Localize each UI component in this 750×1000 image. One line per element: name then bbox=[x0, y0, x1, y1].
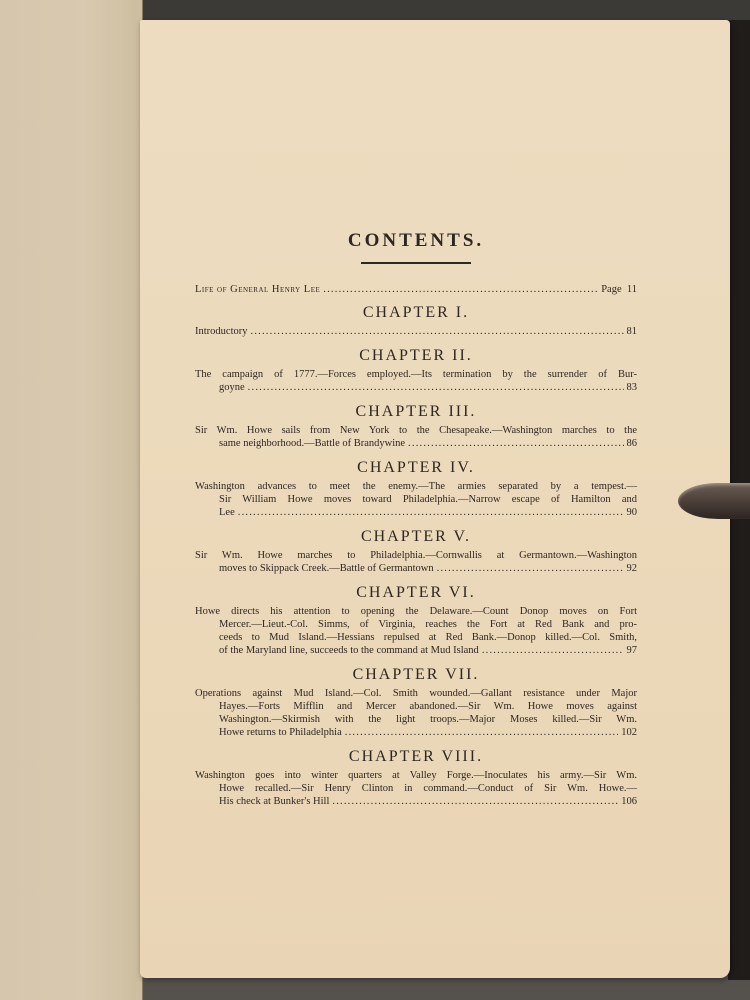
chapter-entry: CHAPTER II. The campaign of 1777.—Forces… bbox=[195, 347, 637, 394]
chapter-heading: CHAPTER I. bbox=[195, 304, 637, 322]
summary-last-line: Lee 90 bbox=[195, 506, 637, 519]
summary-text: His check at Bunker's Hill bbox=[219, 795, 329, 808]
chapter-heading: CHAPTER VII. bbox=[195, 666, 637, 684]
summary-line: Mercer.—Lieut.-Col. Simms, of Virginia, … bbox=[195, 618, 637, 631]
page-number: 106 bbox=[621, 795, 637, 808]
dot-leader bbox=[251, 325, 624, 338]
page-number: 81 bbox=[627, 325, 638, 338]
bookmark-tab bbox=[678, 483, 750, 519]
summary-last-line: Introductory 81 bbox=[195, 325, 637, 338]
toc-entry-intro: Life of General Henry Lee Page 11 bbox=[195, 284, 637, 295]
chapter-summary: Operations against Mud Island.—Col. Smit… bbox=[195, 687, 637, 739]
chapter-heading: CHAPTER VI. bbox=[195, 584, 637, 602]
chapter-entry: CHAPTER VII. Operations against Mud Isla… bbox=[195, 666, 637, 739]
chapter-entry: CHAPTER I. Introductory 81 bbox=[195, 304, 637, 338]
facing-left-page bbox=[0, 0, 143, 1000]
chapter-entry: CHAPTER III. Sir Wm. Howe sails from New… bbox=[195, 403, 637, 450]
summary-lines: Sir Wm. Howe sails from New York to the … bbox=[195, 424, 637, 437]
title-divider bbox=[361, 262, 471, 264]
page-number: 97 bbox=[627, 644, 638, 657]
chapter-list: CHAPTER I. Introductory 81 CHAPTER II. T… bbox=[195, 304, 637, 808]
chapter-heading: CHAPTER III. bbox=[195, 403, 637, 421]
summary-line: Sir William Howe moves toward Philadelph… bbox=[195, 493, 637, 506]
page-number: 92 bbox=[627, 562, 638, 575]
page-prefix: Page bbox=[601, 284, 621, 295]
page-number: 90 bbox=[627, 506, 638, 519]
summary-text: Howe returns to Philadelphia bbox=[219, 726, 342, 739]
dot-leader bbox=[482, 644, 624, 657]
chapter-entry: CHAPTER VI. Howe directs his attention t… bbox=[195, 584, 637, 657]
chapter-heading: CHAPTER V. bbox=[195, 528, 637, 546]
summary-text: Introductory bbox=[195, 325, 248, 338]
summary-line: Washington goes into winter quarters at … bbox=[195, 769, 637, 782]
dot-leader bbox=[332, 795, 618, 808]
dot-leader bbox=[408, 437, 623, 450]
summary-line: ceeds to Mud Island.—Hessians repulsed a… bbox=[195, 631, 637, 644]
summary-last-line: Howe returns to Philadelphia 102 bbox=[195, 726, 637, 739]
page-number: 83 bbox=[627, 381, 638, 394]
summary-text: moves to Skippack Creek.—Battle of Germa… bbox=[219, 562, 434, 575]
summary-last-line: of the Maryland line, succeeds to the co… bbox=[195, 644, 637, 657]
summary-last-line: His check at Bunker's Hill 106 bbox=[195, 795, 637, 808]
summary-lines: Washington advances to meet the enemy.—T… bbox=[195, 480, 637, 506]
summary-lines: Operations against Mud Island.—Col. Smit… bbox=[195, 687, 637, 726]
summary-lines: Sir Wm. Howe marches to Philadelphia.—Co… bbox=[195, 549, 637, 562]
summary-text: of the Maryland line, succeeds to the co… bbox=[219, 644, 479, 657]
summary-line: Washington.—Skirmish with the light troo… bbox=[195, 713, 637, 726]
dot-leader bbox=[248, 381, 624, 394]
summary-lines: Howe directs his attention to opening th… bbox=[195, 605, 637, 644]
chapter-summary: Washington goes into winter quarters at … bbox=[195, 769, 637, 808]
summary-lines: The campaign of 1777.—Forces employed.—I… bbox=[195, 368, 637, 381]
summary-text: same neighborhood.—Battle of Brandywine bbox=[219, 437, 405, 450]
chapter-summary: Sir Wm. Howe marches to Philadelphia.—Co… bbox=[195, 549, 637, 575]
summary-last-line: same neighborhood.—Battle of Brandywine … bbox=[195, 437, 637, 450]
summary-line: Sir Wm. Howe sails from New York to the … bbox=[195, 424, 637, 437]
page-title: CONTENTS. bbox=[195, 230, 637, 252]
chapter-heading: CHAPTER II. bbox=[195, 347, 637, 365]
summary-line: Howe recalled.—Sir Henry Clinton in comm… bbox=[195, 782, 637, 795]
chapter-entry: CHAPTER VIII. Washington goes into winte… bbox=[195, 748, 637, 808]
summary-lines: Washington goes into winter quarters at … bbox=[195, 769, 637, 795]
chapter-summary: Introductory 81 bbox=[195, 325, 637, 338]
page-number: 11 bbox=[627, 284, 637, 295]
summary-line: Operations against Mud Island.—Col. Smit… bbox=[195, 687, 637, 700]
summary-line: Sir Wm. Howe marches to Philadelphia.—Co… bbox=[195, 549, 637, 562]
dot-leader bbox=[323, 284, 598, 295]
chapter-heading: CHAPTER IV. bbox=[195, 459, 637, 477]
summary-text: Lee bbox=[219, 506, 235, 519]
chapter-summary: Howe directs his attention to opening th… bbox=[195, 605, 637, 657]
chapter-heading: CHAPTER VIII. bbox=[195, 748, 637, 766]
chapter-entry: CHAPTER V. Sir Wm. Howe marches to Phila… bbox=[195, 528, 637, 575]
contents-page: CONTENTS. Life of General Henry Lee Page… bbox=[140, 20, 730, 978]
page-number: 102 bbox=[621, 726, 637, 739]
summary-line: Howe directs his attention to opening th… bbox=[195, 605, 637, 618]
dot-leader bbox=[238, 506, 624, 519]
entry-label: Life of General Henry Lee bbox=[195, 284, 320, 295]
summary-line: Washington advances to meet the enemy.—T… bbox=[195, 480, 637, 493]
summary-last-line: goyne 83 bbox=[195, 381, 637, 394]
dot-leader bbox=[345, 726, 618, 739]
dot-leader bbox=[437, 562, 624, 575]
chapter-summary: Sir Wm. Howe sails from New York to the … bbox=[195, 424, 637, 450]
summary-line: The campaign of 1777.—Forces employed.—I… bbox=[195, 368, 637, 381]
page-number: 86 bbox=[627, 437, 638, 450]
chapter-summary: Washington advances to meet the enemy.—T… bbox=[195, 480, 637, 519]
summary-line: Hayes.—Forts Mifflin and Mercer abandone… bbox=[195, 700, 637, 713]
table-of-contents: CONTENTS. Life of General Henry Lee Page… bbox=[195, 230, 637, 808]
chapter-entry: CHAPTER IV. Washington advances to meet … bbox=[195, 459, 637, 519]
summary-last-line: moves to Skippack Creek.—Battle of Germa… bbox=[195, 562, 637, 575]
summary-text: goyne bbox=[219, 381, 245, 394]
chapter-summary: The campaign of 1777.—Forces employed.—I… bbox=[195, 368, 637, 394]
